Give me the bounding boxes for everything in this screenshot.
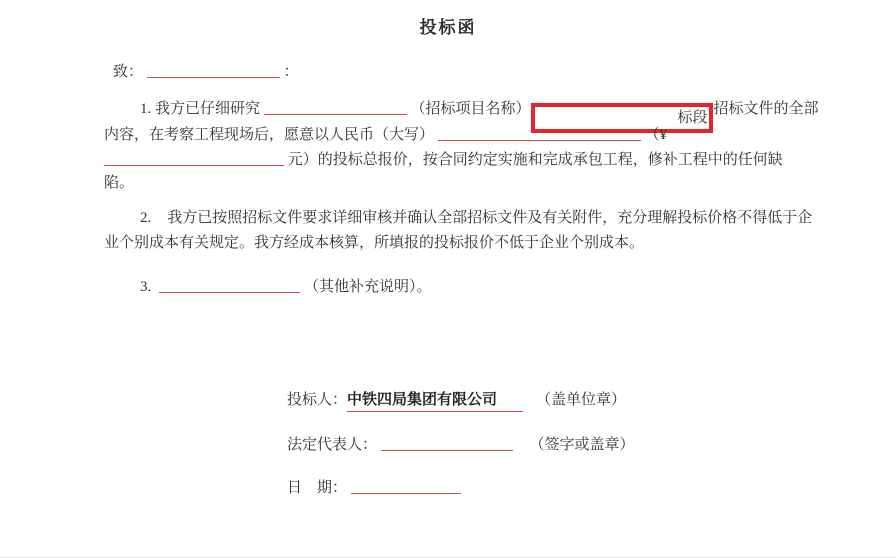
clause1-start-text: 1. 我方已仔细研究 — [140, 101, 260, 117]
date-blank-field[interactable] — [351, 480, 461, 494]
recipient-blank-field[interactable] — [147, 64, 280, 78]
clause3-suffix-text: （其他补充说明）。 — [304, 279, 432, 295]
clause2-line2-text: 业个别成本有关规定。我方经成本核算，所填报的投标报价不低于企业个别成本。 — [104, 235, 644, 251]
page-title: 投标函 — [0, 13, 896, 38]
clause1-mid-text: （招标项目名称） — [411, 101, 531, 117]
legal-representative-blank-field[interactable] — [381, 437, 513, 451]
bid-letter-document: 投标函 致： ： 1. 我方已仔细研究 （招标项目名称）标段招标文件的全部 内容… — [0, 0, 896, 558]
clause2-line2: 业个别成本有关规定。我方经成本核算，所填报的投标报价不低于企业个别成本。 — [104, 233, 644, 253]
clause1-line2-text: 内容，在考察工程现场后，愿意以人民币（大写） — [104, 127, 434, 143]
clause1-line3-text: 元）的投标总报价，按合同约定实施和完成承包工程，修补工程中的任何缺 — [288, 152, 783, 168]
salutation-label: 致： — [113, 64, 143, 80]
clause1-line2: 内容，在考察工程现场后，愿意以人民币（大写） （¥ — [104, 125, 667, 145]
clause3-number: 3. — [140, 277, 151, 297]
bidder-label: 投标人： — [287, 392, 347, 408]
clause1-line3: 元）的投标总报价，按合同约定实施和完成承包工程，修补工程中的任何缺 — [104, 150, 783, 170]
legal-signature-note: （签字或盖章） — [530, 437, 635, 453]
salutation-colon: ： — [284, 64, 299, 80]
clause2-line1: 2.我方已按照招标文件要求详细审核并确认全部招标文件及有关附件，充分理解投标价格… — [140, 208, 812, 228]
clause2-number: 2. — [140, 208, 151, 228]
clause1-line4-text: 陷。 — [104, 175, 134, 191]
clause3-line: 3. （其他补充说明）。 — [140, 277, 432, 297]
section-label: 标段 — [678, 110, 708, 126]
clause1-end-text: 招标文件的全部 — [714, 101, 819, 117]
other-notes-blank-field[interactable] — [159, 279, 300, 293]
salutation-line: 致： ： — [113, 62, 299, 82]
date-line: 日 期： — [287, 478, 461, 498]
date-label: 日 期： — [287, 480, 347, 496]
legal-representative-label: 法定代表人： — [287, 437, 377, 453]
clause2-line1-text: 我方已按照招标文件要求详细审核并确认全部招标文件及有关附件，充分理解投标价格不得… — [167, 210, 812, 226]
bidder-line: 投标人：中铁四局集团有限公司（盖单位章） — [287, 390, 626, 412]
project-name-blank-field[interactable] — [264, 101, 407, 115]
amount-words-blank-field[interactable] — [438, 127, 641, 141]
bidder-seal-note: （盖单位章） — [536, 392, 626, 408]
bidder-company-name: 中铁四局集团有限公司 — [347, 390, 523, 412]
clause1-line2-end-text: （¥ — [645, 127, 668, 143]
legal-representative-line: 法定代表人： （签字或盖章） — [287, 435, 635, 455]
clause1-line4: 陷。 — [104, 173, 134, 193]
amount-figures-blank-field[interactable] — [104, 152, 284, 166]
